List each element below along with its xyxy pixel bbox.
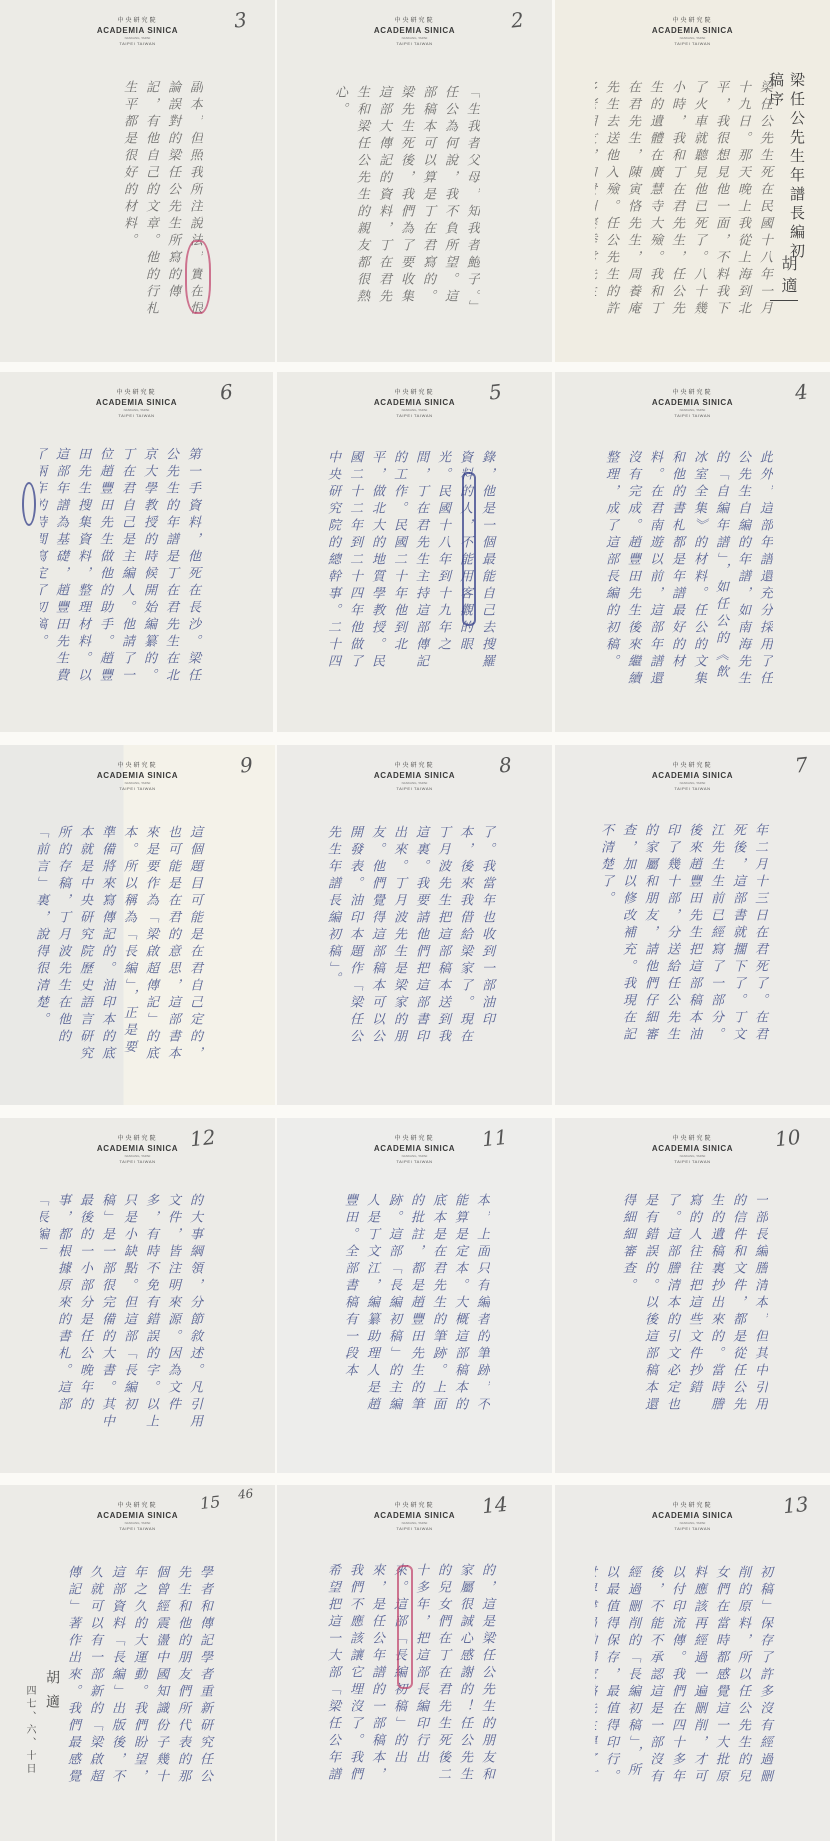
page-number: 15 xyxy=(199,1492,221,1513)
manuscript-page-3: 中央研究院 ACADEMIA SINICA NANKANG, TAIPEI TA… xyxy=(0,0,275,362)
signature-underline xyxy=(770,300,798,301)
manuscript-page-14: 中央研究院 ACADEMIA SINICA NANKANG, TAIPEI TA… xyxy=(277,1485,552,1841)
manuscript-grid: 中央研究院 ACADEMIA SINICA NANKANG, TAIPEI TA… xyxy=(0,0,830,1841)
manuscript-page-9: 中央研究院 ACADEMIA SINICA NANKANG, TAIPEI TA… xyxy=(0,745,275,1105)
handwritten-text: 的大事綱領，分節敘述。凡引用文件，皆注明來源。因為文件多，有時不免有錯誤的字。以… xyxy=(40,1193,205,1433)
manuscript-page-4: 中央研究院 ACADEMIA SINICA NANKANG, TAIPEI TA… xyxy=(555,372,830,732)
handwritten-text: 初稿」保存了許多沒有經過刪削的原料，所以任公先生的兒女們在當時都感覺這一大批原料… xyxy=(595,1565,775,1791)
manuscript-page-10: 中央研究院 ACADEMIA SINICA NANKANG, TAIPEI TA… xyxy=(555,1118,830,1473)
page-number: 14 xyxy=(480,1492,508,1519)
handwritten-text: 副本，但照我所注說法，實在恨論誤對的梁任公先生所寫的傳記，有他自己的文章。他的行… xyxy=(45,80,205,322)
page-number: 7 xyxy=(794,752,809,777)
page-number: 10 xyxy=(773,1125,801,1152)
manuscript-page-11: 中央研究院 ACADEMIA SINICA NANKANG, TAIPEI TA… xyxy=(277,1118,552,1473)
letterhead: 中央研究院 ACADEMIA SINICA NANKANG, TAIPEI TA… xyxy=(555,18,830,46)
handwritten-text: 此外，這部年譜還充分採用了任公先生自編的年譜，如南海先生的「自編年譜」，如任公的… xyxy=(595,450,775,692)
page-number: 4 xyxy=(794,379,809,404)
letterhead: 中央研究院 ACADEMIA SINICA NANKANG, TAIPEI TA… xyxy=(277,1503,552,1531)
letterhead: 中央研究院 ACADEMIA SINICA NANKANG, TAIPEI TA… xyxy=(555,390,830,418)
handwritten-text: 本，上面只有編者的筆跡，不能算是定本。大概這部稿本的底本是在君先生的筆跡。上面的… xyxy=(332,1193,492,1428)
page-number: 11 xyxy=(480,1125,508,1152)
manuscript-page-2: 中央研究院 ACADEMIA SINICA NANKANG, TAIPEI TA… xyxy=(277,0,552,362)
handwritten-text: 梁任公先生死在民國十八年一月十九日。那天晚上我從上海到北平，我很想見他一面，不料… xyxy=(595,80,775,322)
page-number: 12 xyxy=(188,1125,216,1152)
handwritten-text: 了。我當年也收到一部油印本，後來我借給梁家了。現在丁月波先生把這部稿本送到我這裏… xyxy=(327,825,497,1060)
manuscript-page-6: 中央研究院 ACADEMIA SINICA NANKANG, TAIPEI TA… xyxy=(0,372,273,732)
page-number: 13 xyxy=(781,1492,809,1519)
handwritten-text: 一部長編謄清本，但其中引用的信件和文件，都是從任公先生的遺稿裏抄出來的。當時謄寫… xyxy=(595,1193,770,1428)
blue-circle-mark xyxy=(22,482,36,526)
page-number: 3 xyxy=(233,7,248,32)
letterhead: 中央研究院 ACADEMIA SINICA NANKANG, TAIPEI TA… xyxy=(0,763,275,791)
page-number: 2 xyxy=(510,7,525,32)
handwritten-text: 第一手資料，他死在長沙。梁任公先生的年譜是丁在君先生在北京大學教授的時候開始編纂… xyxy=(40,447,203,692)
author-signature: 胡適 xyxy=(777,255,800,299)
letterhead: 中央研究院 ACADEMIA SINICA NANKANG, TAIPEI TA… xyxy=(277,1136,552,1164)
manuscript-page-12: 中央研究院 ACADEMIA SINICA NANKANG, TAIPEI TA… xyxy=(0,1118,275,1473)
handwritten-text: 「生我者父母，知我者鮑子。」任公為何說，我不負所望。這部稿本可以算是丁在君寫的。… xyxy=(322,85,482,317)
author-signature: 胡適 xyxy=(42,1670,62,1718)
letterhead: 中央研究院 ACADEMIA SINICA NANKANG, TAIPEI TA… xyxy=(0,1503,275,1531)
letterhead: 中央研究院 ACADEMIA SINICA NANKANG, TAIPEI TA… xyxy=(0,1136,275,1164)
page-number: 5 xyxy=(488,379,503,404)
page-number: 6 xyxy=(219,379,234,404)
handwritten-text: 學者和傳記學者重新研究任公先生和他的朋友們所代表的那個曾經震盪中國知識份子幾十年… xyxy=(60,1565,215,1796)
red-correction-mark xyxy=(185,240,211,314)
blue-circle-mark xyxy=(462,472,476,626)
manuscript-page-8: 中央研究院 ACADEMIA SINICA NANKANG, TAIPEI TA… xyxy=(277,745,552,1105)
manuscript-page-1: 中央研究院 ACADEMIA SINICA NANKANG, TAIPEI TA… xyxy=(555,0,830,362)
page-number-annotation: 46 xyxy=(237,1486,254,1502)
manuscript-page-15: 中央研究院 ACADEMIA SINICA NANKANG, TAIPEI TA… xyxy=(0,1485,275,1841)
page-number: 9 xyxy=(239,752,254,777)
page-number: 8 xyxy=(498,752,513,777)
manuscript-page-13: 中央研究院 ACADEMIA SINICA NANKANG, TAIPEI TA… xyxy=(555,1485,830,1841)
handwritten-text: 年二月十三日在君死了。在君死後，這部書就擱下了。丁文江先生生前已經寫了一部分。後… xyxy=(595,823,770,1055)
letterhead: 中央研究院 ACADEMIA SINICA NANKANG, TAIPEI TA… xyxy=(277,390,552,418)
manuscript-page-5: 中央研究院 ACADEMIA SINICA NANKANG, TAIPEI TA… xyxy=(277,372,552,732)
handwritten-text: 這個題目可能是在君自己定的，也可能是在君的意思，這部書本來是要作為「梁啟超傳記」… xyxy=(35,825,205,1065)
red-correction-mark xyxy=(397,1565,413,1689)
manuscript-page-7: 中央研究院 ACADEMIA SINICA NANKANG, TAIPEI TA… xyxy=(555,745,830,1105)
signature-date: 四七、六、十日 xyxy=(22,1685,37,1776)
letterhead: 中央研究院 ACADEMIA SINICA NANKANG, TAIPEI TA… xyxy=(555,763,830,791)
